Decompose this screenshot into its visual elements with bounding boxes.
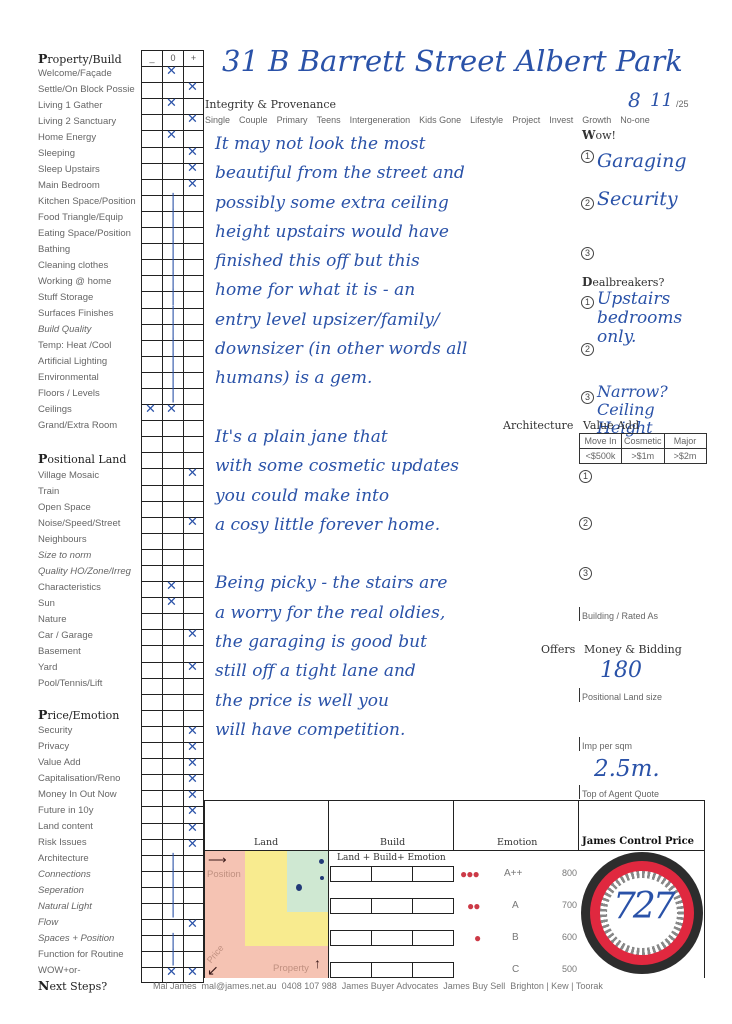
grid-row: │	[141, 308, 204, 324]
rating-cell[interactable]	[183, 887, 204, 903]
rating-cell[interactable]	[162, 420, 183, 436]
rating-cell[interactable]: ✕	[141, 404, 162, 420]
rating-cell[interactable]	[141, 275, 162, 291]
rating-cell[interactable]	[183, 211, 204, 227]
grid-row	[141, 533, 204, 549]
rating-cell[interactable]	[141, 436, 162, 452]
rating-cell[interactable]: │	[162, 372, 183, 388]
criterion-label: Build Quality	[38, 322, 136, 338]
rating-cell[interactable]	[162, 501, 183, 517]
rating-cell[interactable]	[141, 694, 162, 710]
dot-2	[320, 876, 324, 880]
divider	[578, 800, 579, 850]
rating-cell[interactable]	[141, 501, 162, 517]
rating-cell[interactable]: ✕	[162, 597, 183, 613]
rating-cell[interactable]	[183, 485, 204, 501]
rating-cell[interactable]	[141, 662, 162, 678]
rating-cell[interactable]: │	[162, 227, 183, 243]
building-rated-as-tick	[579, 607, 580, 621]
criterion-label: Cleaning clothes	[38, 258, 136, 274]
line-mark-icon: │	[169, 340, 177, 354]
rating-cell[interactable]: │	[162, 887, 183, 903]
rating-cell[interactable]	[183, 291, 204, 307]
note-line: Being picky - the stairs are	[215, 569, 575, 598]
rating-cell[interactable]: │	[162, 291, 183, 307]
rating-cell[interactable]	[141, 710, 162, 726]
rating-cell[interactable]	[183, 420, 204, 436]
rating-cell[interactable]: │	[162, 871, 183, 887]
rating-cell[interactable]	[141, 758, 162, 774]
rating-cell[interactable]	[141, 372, 162, 388]
dealbreaker-1: 1	[581, 292, 594, 310]
va-cosmetic-value: >$1m	[622, 449, 665, 464]
check-cross-icon: ✕	[187, 838, 198, 852]
rating-cell[interactable]	[162, 694, 183, 710]
rating-cell[interactable]	[162, 678, 183, 694]
rating-cell[interactable]	[141, 227, 162, 243]
rating-cell[interactable]	[141, 678, 162, 694]
rating-cell[interactable]	[141, 517, 162, 533]
note-line: height upstairs would have	[215, 218, 575, 247]
criterion-label: Risk Issues	[38, 835, 124, 851]
rating-cell[interactable]: │	[162, 340, 183, 356]
buyer-type-option[interactable]: Kids Gone	[419, 115, 461, 125]
line-mark-icon: │	[169, 324, 177, 338]
rating-cell[interactable]	[141, 533, 162, 549]
note-line: still off a tight lane and	[215, 657, 575, 686]
rating-cell[interactable]	[162, 839, 183, 855]
rating-cell[interactable]	[141, 420, 162, 436]
rating-cell[interactable]: │	[162, 903, 183, 919]
rating-cell[interactable]	[162, 436, 183, 452]
rating-cell[interactable]	[141, 356, 162, 372]
dealbreaker-3: 3	[581, 387, 594, 405]
rating-cell[interactable]	[183, 871, 204, 887]
rating-cell[interactable]	[141, 581, 162, 597]
rating-cell[interactable]: │	[162, 275, 183, 291]
criterion-label: Welcome/Façade	[38, 66, 136, 82]
rating-cell[interactable]	[141, 613, 162, 629]
note-line: the price is well you	[215, 687, 575, 716]
rating-cell[interactable]	[141, 774, 162, 790]
rating-cell[interactable]	[183, 855, 204, 871]
line-mark-icon: │	[169, 259, 177, 273]
wow-item-3: 3	[581, 243, 594, 261]
note-line: finished this off but this	[215, 247, 575, 276]
rating-cell[interactable]: ✕	[183, 468, 204, 484]
grid-row: ✕	[141, 468, 204, 484]
grid-row: │	[141, 275, 204, 291]
emotion-hat-icons: ●	[474, 931, 480, 945]
grid-row: │	[141, 259, 204, 275]
rating-cell[interactable]	[141, 485, 162, 501]
section-positional-land: Positional Land	[38, 451, 126, 466]
line-mark-icon: │	[169, 211, 177, 225]
rating-cell[interactable]: ✕	[162, 98, 183, 114]
rating-cell[interactable]: _	[141, 50, 162, 66]
criterion-label: Sleep Upstairs	[38, 162, 136, 178]
check-cross-icon: ✕	[166, 129, 177, 143]
rating-cell[interactable]: ✕	[183, 179, 204, 195]
rating-cell[interactable]: │	[162, 855, 183, 871]
rating-cell[interactable]: │	[162, 259, 183, 275]
check-cross-icon: ✕	[187, 757, 198, 771]
check-cross-icon: ✕	[187, 628, 198, 642]
dot-1	[319, 859, 324, 864]
criterion-label: Connections	[38, 867, 124, 883]
rating-cell[interactable]	[141, 340, 162, 356]
criterion-label: Neighbours	[38, 532, 131, 548]
check-cross-icon: ✕	[187, 146, 198, 160]
rating-cell[interactable]	[162, 726, 183, 742]
position-arrow-icon: ⟶	[208, 852, 227, 868]
rating-cell[interactable]	[183, 259, 204, 275]
rating-cell[interactable]	[141, 855, 162, 871]
section-price-emotion: Price/Emotion	[38, 707, 119, 722]
rating-grid: _0+✕✕✕✕✕✕✕✕│││││││││││││✕✕✕✕✕✕✕✕✕✕✕✕✕✕✕✕…	[141, 50, 204, 983]
rating-cell[interactable]	[141, 742, 162, 758]
criterion-label: Ceilings	[38, 402, 136, 418]
rating-cell[interactable]	[141, 935, 162, 951]
rating-cell[interactable]	[141, 211, 162, 227]
grid-row: ✕	[141, 662, 204, 678]
buyer-type-option[interactable]: Intergeneration	[350, 115, 411, 125]
rating-cell[interactable]: │	[162, 195, 183, 211]
rating-cell[interactable]	[162, 742, 183, 758]
criterion-label: Village Mosaic	[38, 468, 131, 484]
rating-cell[interactable]	[183, 678, 204, 694]
note-line: entry level upsizer/family/	[215, 306, 575, 335]
check-cross-icon: ✕	[187, 661, 198, 675]
rating-cell[interactable]	[183, 308, 204, 324]
property-label: Property	[273, 963, 309, 974]
position-label: Position	[207, 869, 241, 880]
rating-cell[interactable]	[141, 243, 162, 259]
score-label: 800	[562, 868, 577, 878]
rating-cell[interactable]: │	[162, 356, 183, 372]
rating-cell[interactable]	[183, 243, 204, 259]
check-cross-icon: ✕	[187, 113, 198, 127]
rating-cell[interactable]	[183, 549, 204, 565]
note-line: with some cosmetic updates	[215, 452, 575, 481]
rating-cell[interactable]	[141, 790, 162, 806]
rating-cell[interactable]	[162, 806, 183, 822]
line-mark-icon: │	[169, 227, 177, 241]
rating-cell[interactable]	[162, 645, 183, 661]
property-address: 31 B Barrett Street Albert Park	[222, 44, 683, 78]
lbe-score-boxes[interactable]	[330, 962, 454, 978]
wow-item-1: 1	[581, 146, 594, 164]
rating-cell[interactable]	[141, 823, 162, 839]
rating-cell[interactable]: │	[162, 324, 183, 340]
grid-row: │	[141, 372, 204, 388]
rating-cell[interactable]	[183, 275, 204, 291]
line-mark-icon: │	[169, 275, 177, 289]
criterion-label: Train	[38, 484, 131, 500]
check-cross-icon: ✕	[187, 516, 198, 530]
buyer-type-option[interactable]: No-one	[620, 115, 650, 125]
handwritten-notes: It may not look the mostbeautiful from t…	[215, 130, 575, 745]
rating-cell[interactable]: ✕	[162, 130, 183, 146]
line-mark-icon: │	[169, 951, 177, 965]
rating-cell[interactable]	[183, 372, 204, 388]
criterion-label: Stuff Storage	[38, 290, 136, 306]
rating-cell[interactable]	[141, 66, 162, 82]
buyer-type-option[interactable]: Teens	[317, 115, 341, 125]
line-mark-icon: │	[169, 243, 177, 257]
rating-cell[interactable]	[141, 179, 162, 195]
rating-cell[interactable]	[141, 597, 162, 613]
wow-item-2-text: Security	[597, 188, 678, 210]
rating-cell[interactable]	[162, 823, 183, 839]
check-cross-icon: ✕	[166, 97, 177, 111]
rating-cell[interactable]	[162, 774, 183, 790]
dealbreaker-1-text: Upstairs bedrooms only.	[597, 290, 707, 347]
buyer-type-option[interactable]: Project	[512, 115, 540, 125]
next-steps-heading: Next Steps?	[38, 978, 107, 993]
rating-cell[interactable]	[141, 903, 162, 919]
rating-cell[interactable]	[162, 468, 183, 484]
criterion-label: Spaces + Position	[38, 931, 124, 947]
rating-cell[interactable]	[141, 259, 162, 275]
quadrant-chart: ⟶ Position Price ↙ Property ↑	[205, 851, 328, 978]
grade-label: A	[512, 900, 519, 911]
col-james-control-price: James Control Price	[582, 836, 694, 847]
note-line: It may not look the most	[215, 130, 575, 159]
grid-row	[141, 549, 204, 565]
rating-cell[interactable]	[141, 291, 162, 307]
criterion-label: Size to norm	[38, 548, 131, 564]
dealbreakers-heading: Dealbreakers?	[582, 275, 664, 289]
rating-cell[interactable]: ✕	[183, 662, 204, 678]
criterion-label: Sun	[38, 596, 131, 612]
rating-cell[interactable]	[183, 356, 204, 372]
va-move-in: Move In	[580, 434, 622, 449]
check-cross-icon: ✕	[187, 725, 198, 739]
check-cross-icon: ✕	[187, 789, 198, 803]
grade-label: A++	[504, 868, 522, 879]
wow-item-1-text: Garaging	[597, 150, 687, 172]
rating-cell[interactable]	[141, 726, 162, 742]
check-cross-icon: ✕	[187, 822, 198, 836]
rating-cell[interactable]	[183, 533, 204, 549]
rating-cell[interactable]	[162, 163, 183, 179]
rating-cell[interactable]: ✕	[183, 82, 204, 98]
rating-cell[interactable]	[141, 871, 162, 887]
rating-cell[interactable]	[162, 485, 183, 501]
note-line	[215, 540, 575, 569]
rating-cell[interactable]	[141, 114, 162, 130]
rating-cell[interactable]	[141, 806, 162, 822]
rating-cell[interactable]	[141, 549, 162, 565]
rating-cell[interactable]	[183, 227, 204, 243]
rating-cell[interactable]	[183, 388, 204, 404]
criterion-label: Flow	[38, 915, 124, 931]
criterion-label: Basement	[38, 644, 131, 660]
grid-row: │	[141, 356, 204, 372]
grade-label: C	[512, 964, 519, 975]
rating-cell[interactable]	[183, 597, 204, 613]
rating-cell[interactable]	[183, 565, 204, 581]
value-add-item-1: 1	[579, 466, 592, 484]
rating-cell[interactable]	[183, 935, 204, 951]
agent-quote-label: Top of Agent Quote	[582, 789, 659, 799]
rating-cell[interactable]	[162, 452, 183, 468]
lbe-score-boxes[interactable]	[330, 898, 454, 914]
rating-cell[interactable]	[141, 645, 162, 661]
property-arrow-icon: ↑	[314, 955, 321, 971]
rating-cell[interactable]: │	[162, 935, 183, 951]
rating-cell[interactable]	[141, 452, 162, 468]
buyer-type-option[interactable]: Lifestyle	[470, 115, 503, 125]
rating-cell[interactable]	[141, 629, 162, 645]
criterion-label: Car / Garage	[38, 628, 131, 644]
criterion-label: Capitalisation/Reno	[38, 771, 124, 787]
line-mark-icon: │	[169, 935, 177, 949]
note-line: possibly some extra ceiling	[215, 189, 575, 218]
rating-cell[interactable]	[183, 195, 204, 211]
divider	[328, 800, 329, 978]
criterion-label: Sleeping	[38, 146, 136, 162]
rating-cell[interactable]	[141, 308, 162, 324]
rating-cell[interactable]	[162, 549, 183, 565]
rating-cell[interactable]	[183, 340, 204, 356]
wow-item-2: 2	[581, 193, 594, 211]
rating-cell[interactable]	[162, 790, 183, 806]
lbe-score-boxes[interactable]	[330, 866, 454, 882]
check-cross-icon: ✕	[166, 65, 177, 79]
grid-row: │	[141, 211, 204, 227]
grid-row: │	[141, 935, 204, 951]
buyer-type-option[interactable]: Invest	[549, 115, 573, 125]
rating-cell[interactable]	[141, 163, 162, 179]
price-emotion-labels: SecurityPrivacyValue AddCapitalisation/R…	[38, 723, 124, 979]
criterion-label: Living 2 Sanctuary	[38, 114, 136, 130]
grid-row	[141, 420, 204, 436]
divider	[453, 800, 454, 850]
rating-cell[interactable]	[162, 629, 183, 645]
integrity-provenance-heading: Integrity & Provenance	[205, 98, 336, 111]
rating-cell[interactable]: │	[162, 211, 183, 227]
rating-cell[interactable]: ✕	[183, 839, 204, 855]
check-cross-icon: ✕	[187, 918, 198, 932]
rating-cell[interactable]: │	[162, 243, 183, 259]
rating-cell[interactable]	[162, 147, 183, 163]
criterion-label: Eating Space/Position	[38, 226, 136, 242]
rating-cell[interactable]	[141, 82, 162, 98]
rating-cell[interactable]	[183, 436, 204, 452]
rating-cell[interactable]	[162, 179, 183, 195]
rating-cell[interactable]: │	[162, 308, 183, 324]
rating-cell[interactable]	[162, 613, 183, 629]
note-line: the garaging is good but	[215, 628, 575, 657]
grid-row: ✕	[141, 517, 204, 533]
rating-cell[interactable]	[141, 324, 162, 340]
rating-cell[interactable]: ✕	[162, 404, 183, 420]
criterion-label: Characteristics	[38, 580, 131, 596]
rating-cell[interactable]	[141, 468, 162, 484]
rating-cell[interactable]	[141, 98, 162, 114]
money-bidding-heading: Money & Bidding	[584, 643, 682, 656]
lbe-score-boxes[interactable]	[330, 930, 454, 946]
line-mark-icon: │	[169, 871, 177, 885]
rating-cell[interactable]: ✕	[183, 517, 204, 533]
land-size-label: Positional Land size	[582, 692, 662, 702]
rating-cell[interactable]	[141, 919, 162, 935]
rating-cell[interactable]	[162, 919, 183, 935]
rating-cell[interactable]	[141, 887, 162, 903]
check-cross-icon: ✕	[187, 966, 198, 980]
line-mark-icon: │	[169, 887, 177, 901]
rating-cell[interactable]: ✕	[183, 919, 204, 935]
rating-cell[interactable]	[141, 130, 162, 146]
grid-row	[141, 694, 204, 710]
rating-cell[interactable]	[183, 324, 204, 340]
check-cross-icon: ✕	[187, 467, 198, 481]
rating-cell[interactable]	[141, 951, 162, 967]
rating-cell[interactable]	[141, 147, 162, 163]
col-emotion: Emotion	[497, 837, 537, 848]
rating-cell[interactable]: ✕	[162, 66, 183, 82]
note-line: home for what it is - an	[215, 276, 575, 305]
note-line: you could make into	[215, 482, 575, 511]
rating-cell[interactable]	[141, 195, 162, 211]
rating-cell[interactable]: +	[183, 50, 204, 66]
rating-cell[interactable]	[162, 662, 183, 678]
col-land: Land	[254, 837, 278, 848]
rating-cell[interactable]	[162, 710, 183, 726]
rating-cell[interactable]: ✕	[183, 114, 204, 130]
grid-row: │	[141, 855, 204, 871]
buyer-type-option[interactable]: Primary	[277, 115, 308, 125]
control-price-dial: 727	[581, 852, 703, 974]
rating-cell[interactable]	[141, 839, 162, 855]
building-rated-as-label: Building / Rated As	[582, 611, 658, 621]
grade-label: B	[512, 932, 519, 943]
va-major-value: >$2m	[664, 449, 706, 464]
grid-row: ✕	[141, 629, 204, 645]
criterion-label: Settle/On Block Possie	[38, 82, 136, 98]
date-month: 11	[650, 90, 673, 111]
line-mark-icon: │	[169, 388, 177, 402]
rating-cell[interactable]	[183, 581, 204, 597]
buyer-type-option[interactable]: Growth	[582, 115, 611, 125]
grid-row: ✕	[141, 919, 204, 935]
rating-cell[interactable]	[141, 565, 162, 581]
rating-cell[interactable]	[183, 694, 204, 710]
wow-heading: Wow!	[582, 128, 616, 142]
buyer-types: SingleCouplePrimaryTeensIntergenerationK…	[205, 115, 650, 125]
rating-cell[interactable]	[162, 758, 183, 774]
line-mark-icon: │	[169, 372, 177, 386]
price-arrow-icon: ↙	[207, 962, 219, 979]
criterion-label: Future in 10y	[38, 803, 124, 819]
rating-cell[interactable]: ✕	[183, 629, 204, 645]
section-property-build: Property/Build	[38, 51, 122, 66]
imp-per-sqm-tick	[579, 737, 580, 751]
buyer-type-option[interactable]: Couple	[239, 115, 268, 125]
grid-row: │	[141, 227, 204, 243]
rating-cell[interactable]	[162, 533, 183, 549]
date-year: /25	[676, 99, 689, 109]
criterion-label: Surfaces Finishes	[38, 306, 136, 322]
rating-cell[interactable]	[183, 404, 204, 420]
buyer-type-option[interactable]: Single	[205, 115, 230, 125]
rating-cell[interactable]	[162, 517, 183, 533]
grid-row: ✕	[141, 597, 204, 613]
criterion-label: Main Bedroom	[38, 178, 136, 194]
check-cross-icon: ✕	[166, 596, 177, 610]
